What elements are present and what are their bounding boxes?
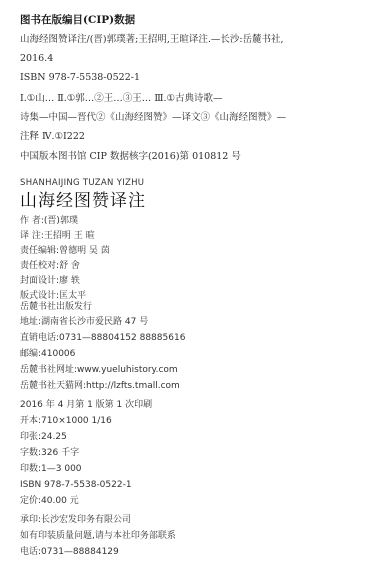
publisher-address: 地址:湖南省长沙市爱民路 47 号 [20, 316, 148, 328]
credit-label: 译 注 [20, 230, 41, 242]
credit-value: 廖 轶 [59, 276, 80, 286]
cip-classification-2: 诗集—中国—晋代②《山海经图赞》—译文③《山海经图赞》— [20, 112, 286, 124]
book-pinyin-title: SHANHAIJING TUZAN YIZHU [20, 177, 144, 189]
credit-author: 作 者:(晋)郭璞 [20, 215, 78, 227]
credit-value: 舒 舍 [59, 261, 80, 271]
cip-line-1: 山海经图赞译注/(晋)郭璞著;王招明,王暄译注.—长沙:岳麓书社, [20, 34, 284, 46]
credit-proofreader: 责任校对:舒 舍 [20, 260, 80, 272]
publisher-postcode: 邮编:410006 [20, 348, 75, 360]
publisher-tmall: 岳麓书社天猫网:http://lzfts.tmall.com [20, 380, 180, 392]
print-words: 字数:326 千字 [20, 447, 79, 459]
credit-translator: 译 注:王招明 王 暄 [20, 230, 95, 242]
print-copies: 印数:1—3 000 [20, 463, 82, 475]
print-edition: 2016 年 4 月第 1 版第 1 次印刷 [20, 399, 152, 411]
credit-value: 曾德明 吴 茵 [59, 246, 110, 256]
cip-classification-3: 注释 Ⅳ.①I222 [20, 131, 85, 143]
credit-label: 责任校对 [20, 260, 56, 272]
cip-number: 中国版本图书馆 CIP 数据核字(2016)第 010812 号 [20, 151, 241, 163]
book-title: 山海经图赞译注 [20, 191, 146, 211]
publisher-website: 岳麓书社网址:www.yueluhistory.com [20, 364, 178, 376]
credit-value: (晋)郭璞 [44, 216, 78, 226]
printer-phone: 电话:0731—88884129 [20, 546, 119, 558]
print-format: 开本:710×1000 1/16 [20, 415, 112, 427]
publisher-phone: 直销电话:0731—88804152 88885616 [20, 332, 185, 344]
credit-label: 封面设计 [20, 275, 56, 287]
credit-editor: 责任编辑:曾德明 吴 茵 [20, 245, 110, 257]
print-price: 定价:40.00 元 [20, 495, 79, 507]
print-isbn: ISBN 978-7-5538-0522-1 [20, 479, 132, 491]
credit-value: 王招明 王 暄 [44, 231, 95, 241]
publisher-name: 岳麓书社出版发行 [20, 301, 92, 313]
credit-label: 作 者 [20, 215, 41, 227]
cip-heading: 图书在版编目(CIP)数据 [20, 14, 135, 26]
credit-cover-design: 封面设计:廖 轶 [20, 275, 80, 287]
printer-notice: 如有印装质量问题,请与本社印务部联系 [20, 530, 176, 542]
cip-line-2: 2016.4 [20, 53, 53, 65]
credit-value: 匡太平 [59, 291, 86, 301]
print-sheets: 印张:24.25 [20, 431, 67, 443]
cip-isbn: ISBN 978-7-5538-0522-1 [20, 72, 140, 84]
credit-label: 责任编辑 [20, 245, 56, 257]
cip-classification-1: Ⅰ.①山… Ⅱ.①郭…②王…③王… Ⅲ.①古典诗歌— [20, 93, 223, 105]
printer-name: 承印:长沙宏发印务有限公司 [20, 514, 131, 526]
